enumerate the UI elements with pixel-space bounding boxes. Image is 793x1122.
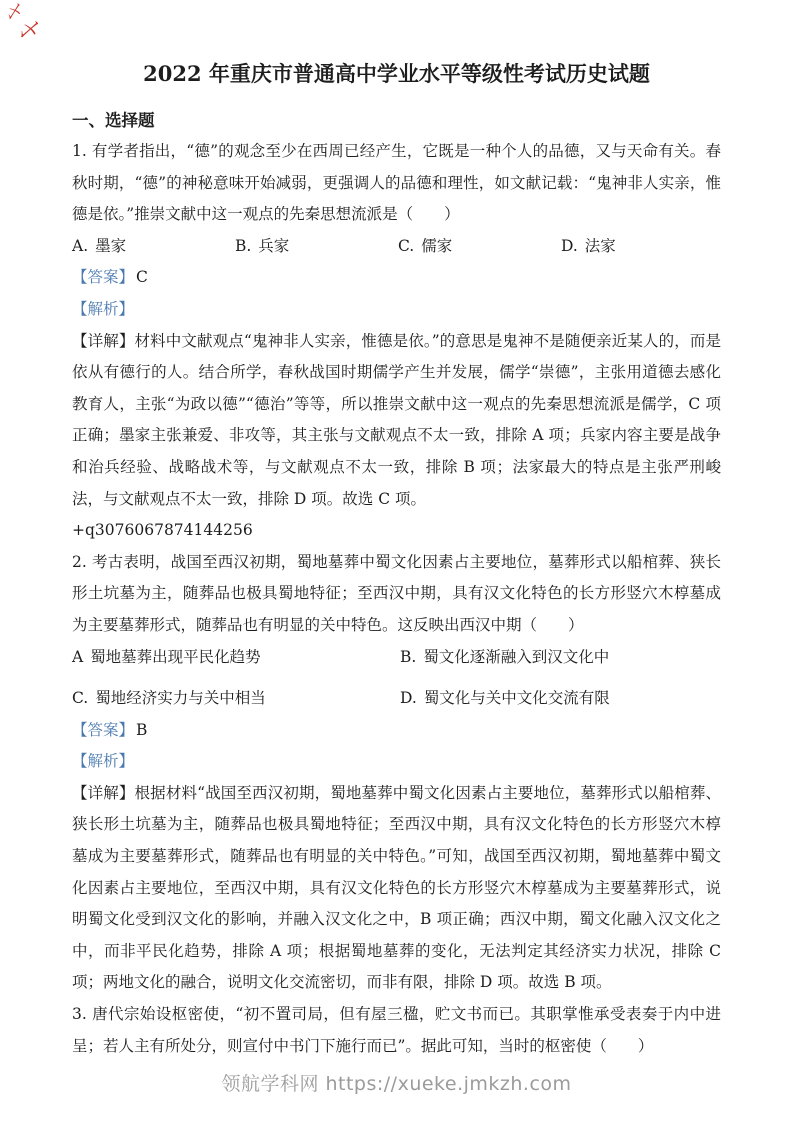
exam-document-page: 2022 年重庆市普通高中学业水平等级性考试历史试题 一、选择题 1. 有学者指… [0,0,793,1122]
answer-line: 【答案】B [72,715,721,747]
option-a: A蜀地墓葬出现平民化趋势 [72,642,400,674]
analysis-label: 【解析】 [72,300,134,318]
option-b: B.兵家 [235,231,398,263]
answer-line: 【答案】C [72,262,721,294]
answer-label: 【答案】 [72,721,134,739]
analysis-label: 【解析】 [72,752,134,770]
question-stem: 2. 考古表明，战国至西汉初期，蜀地墓葬中蜀文化因素占主要地位，墓葬形式以船棺葬… [72,547,721,642]
option-a: A.墨家 [72,231,235,263]
options-row: A蜀地墓葬出现平民化趋势 B.蜀文化逐渐融入到汉文化中 [72,642,721,674]
answer-value: C [136,268,148,286]
analysis-line: 【解析】 [72,294,721,326]
analysis-line: 【解析】 [72,746,721,778]
watermark: 领航学科网 https://xueke.jmkzh.com [0,1069,793,1096]
option-c: C.儒家 [398,231,561,263]
stray-code-line: +q3076067874144256 [72,515,721,547]
detail-paragraph: 【详解】材料中文献观点“鬼神非人实亲，惟德是依。”的意思是鬼神不是随便亲近某人的… [72,326,721,516]
option-d: D.蜀文化与关中文化交流有限 [400,683,721,715]
question-stem: 3. 唐代宗始设枢密使，“初不置司局，但有屋三楹，贮文书而已。其职掌惟承受表奏于… [72,999,721,1062]
options-row: C.蜀地经济实力与关中相当 D.蜀文化与关中文化交流有限 [72,683,721,715]
options-row: A.墨家 B.兵家 C.儒家 D.法家 [72,231,721,263]
option-d: D.法家 [561,231,721,263]
option-b: B.蜀文化逐渐融入到汉文化中 [400,642,721,674]
answer-label: 【答案】 [72,268,134,286]
question-stem: 1. 有学者指出，“德”的观念至少在西周已经产生，它既是一种个人的品德，又与天命… [72,136,721,231]
answer-value: B [136,721,147,739]
section-heading: 一、选择题 [72,106,721,136]
page-title: 2022 年重庆市普通高中学业水平等级性考试历史试题 [72,58,721,90]
detail-paragraph: 【详解】根据材料“战国至西汉初期，蜀地墓葬中蜀文化因素占主要地位，墓葬形式以船棺… [72,778,721,999]
option-c: C.蜀地经济实力与关中相当 [72,683,400,715]
